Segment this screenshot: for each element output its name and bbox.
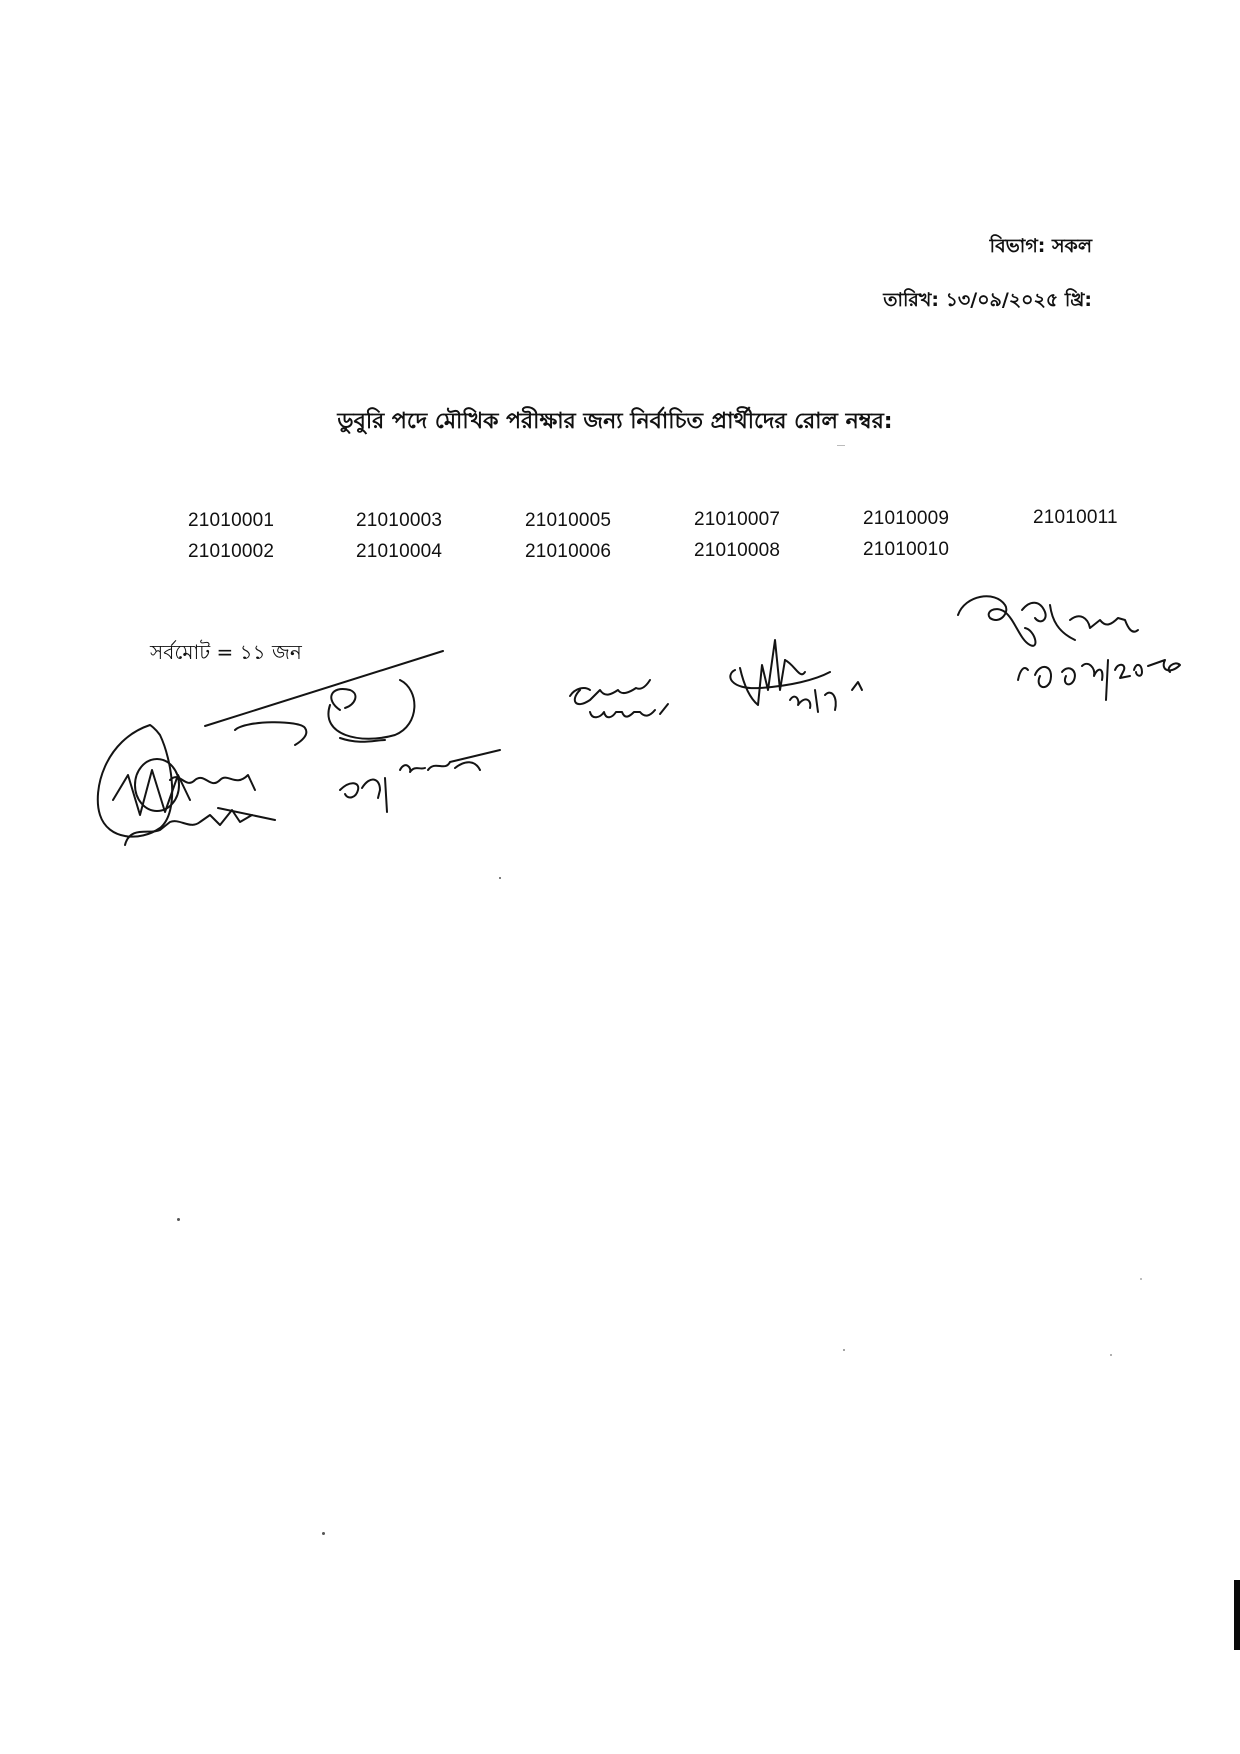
roll-number-grid: 21010001 21010003 21010005 21010007 2101…	[188, 510, 1198, 572]
signature-4	[730, 640, 862, 712]
scan-speck	[837, 445, 845, 446]
roll-number: 21010004	[356, 541, 442, 563]
roll-number: 21010002	[188, 541, 274, 563]
roll-row: 21010001 21010003 21010005 21010007 2101…	[188, 510, 1198, 541]
signature-1	[98, 722, 307, 845]
roll-number: 21010011	[1033, 507, 1118, 529]
scan-speck	[1140, 1278, 1142, 1280]
scan-speck	[1110, 1354, 1112, 1356]
document-page: বিভাগ: সকল তারিখ: ১৩/০৯/২০২৫ খ্রি: ডুবুর…	[0, 0, 1240, 1754]
roll-row: 21010002 21010004 21010006 21010008 2101…	[188, 541, 1198, 572]
department-line: বিভাগ: সকল	[990, 232, 1092, 264]
roll-number: 21010001	[188, 510, 274, 532]
signature-5	[958, 596, 1180, 700]
total-count: সর্বমোট = ১১ জন	[150, 638, 302, 671]
scan-speck	[322, 1532, 325, 1535]
roll-number: 21010010	[863, 539, 949, 561]
roll-number: 21010007	[694, 509, 780, 531]
roll-number: 21010009	[863, 508, 949, 530]
signature-3	[570, 680, 668, 717]
signature-2	[328, 680, 500, 812]
roll-number: 21010005	[525, 510, 611, 532]
date-line: তারিখ: ১৩/০৯/২০২৫ খ্রি:	[883, 286, 1092, 318]
roll-number: 21010003	[356, 510, 442, 532]
document-title: ডুবুরি পদে মৌখিক পরীক্ষার জন্য নির্বাচিত…	[0, 404, 1240, 441]
scan-edge-mark	[1234, 1580, 1240, 1650]
roll-number: 21010008	[694, 540, 780, 562]
roll-number: 21010006	[525, 541, 611, 563]
scan-speck	[843, 1349, 845, 1351]
scan-speck	[499, 877, 501, 879]
scan-speck	[177, 1218, 180, 1221]
